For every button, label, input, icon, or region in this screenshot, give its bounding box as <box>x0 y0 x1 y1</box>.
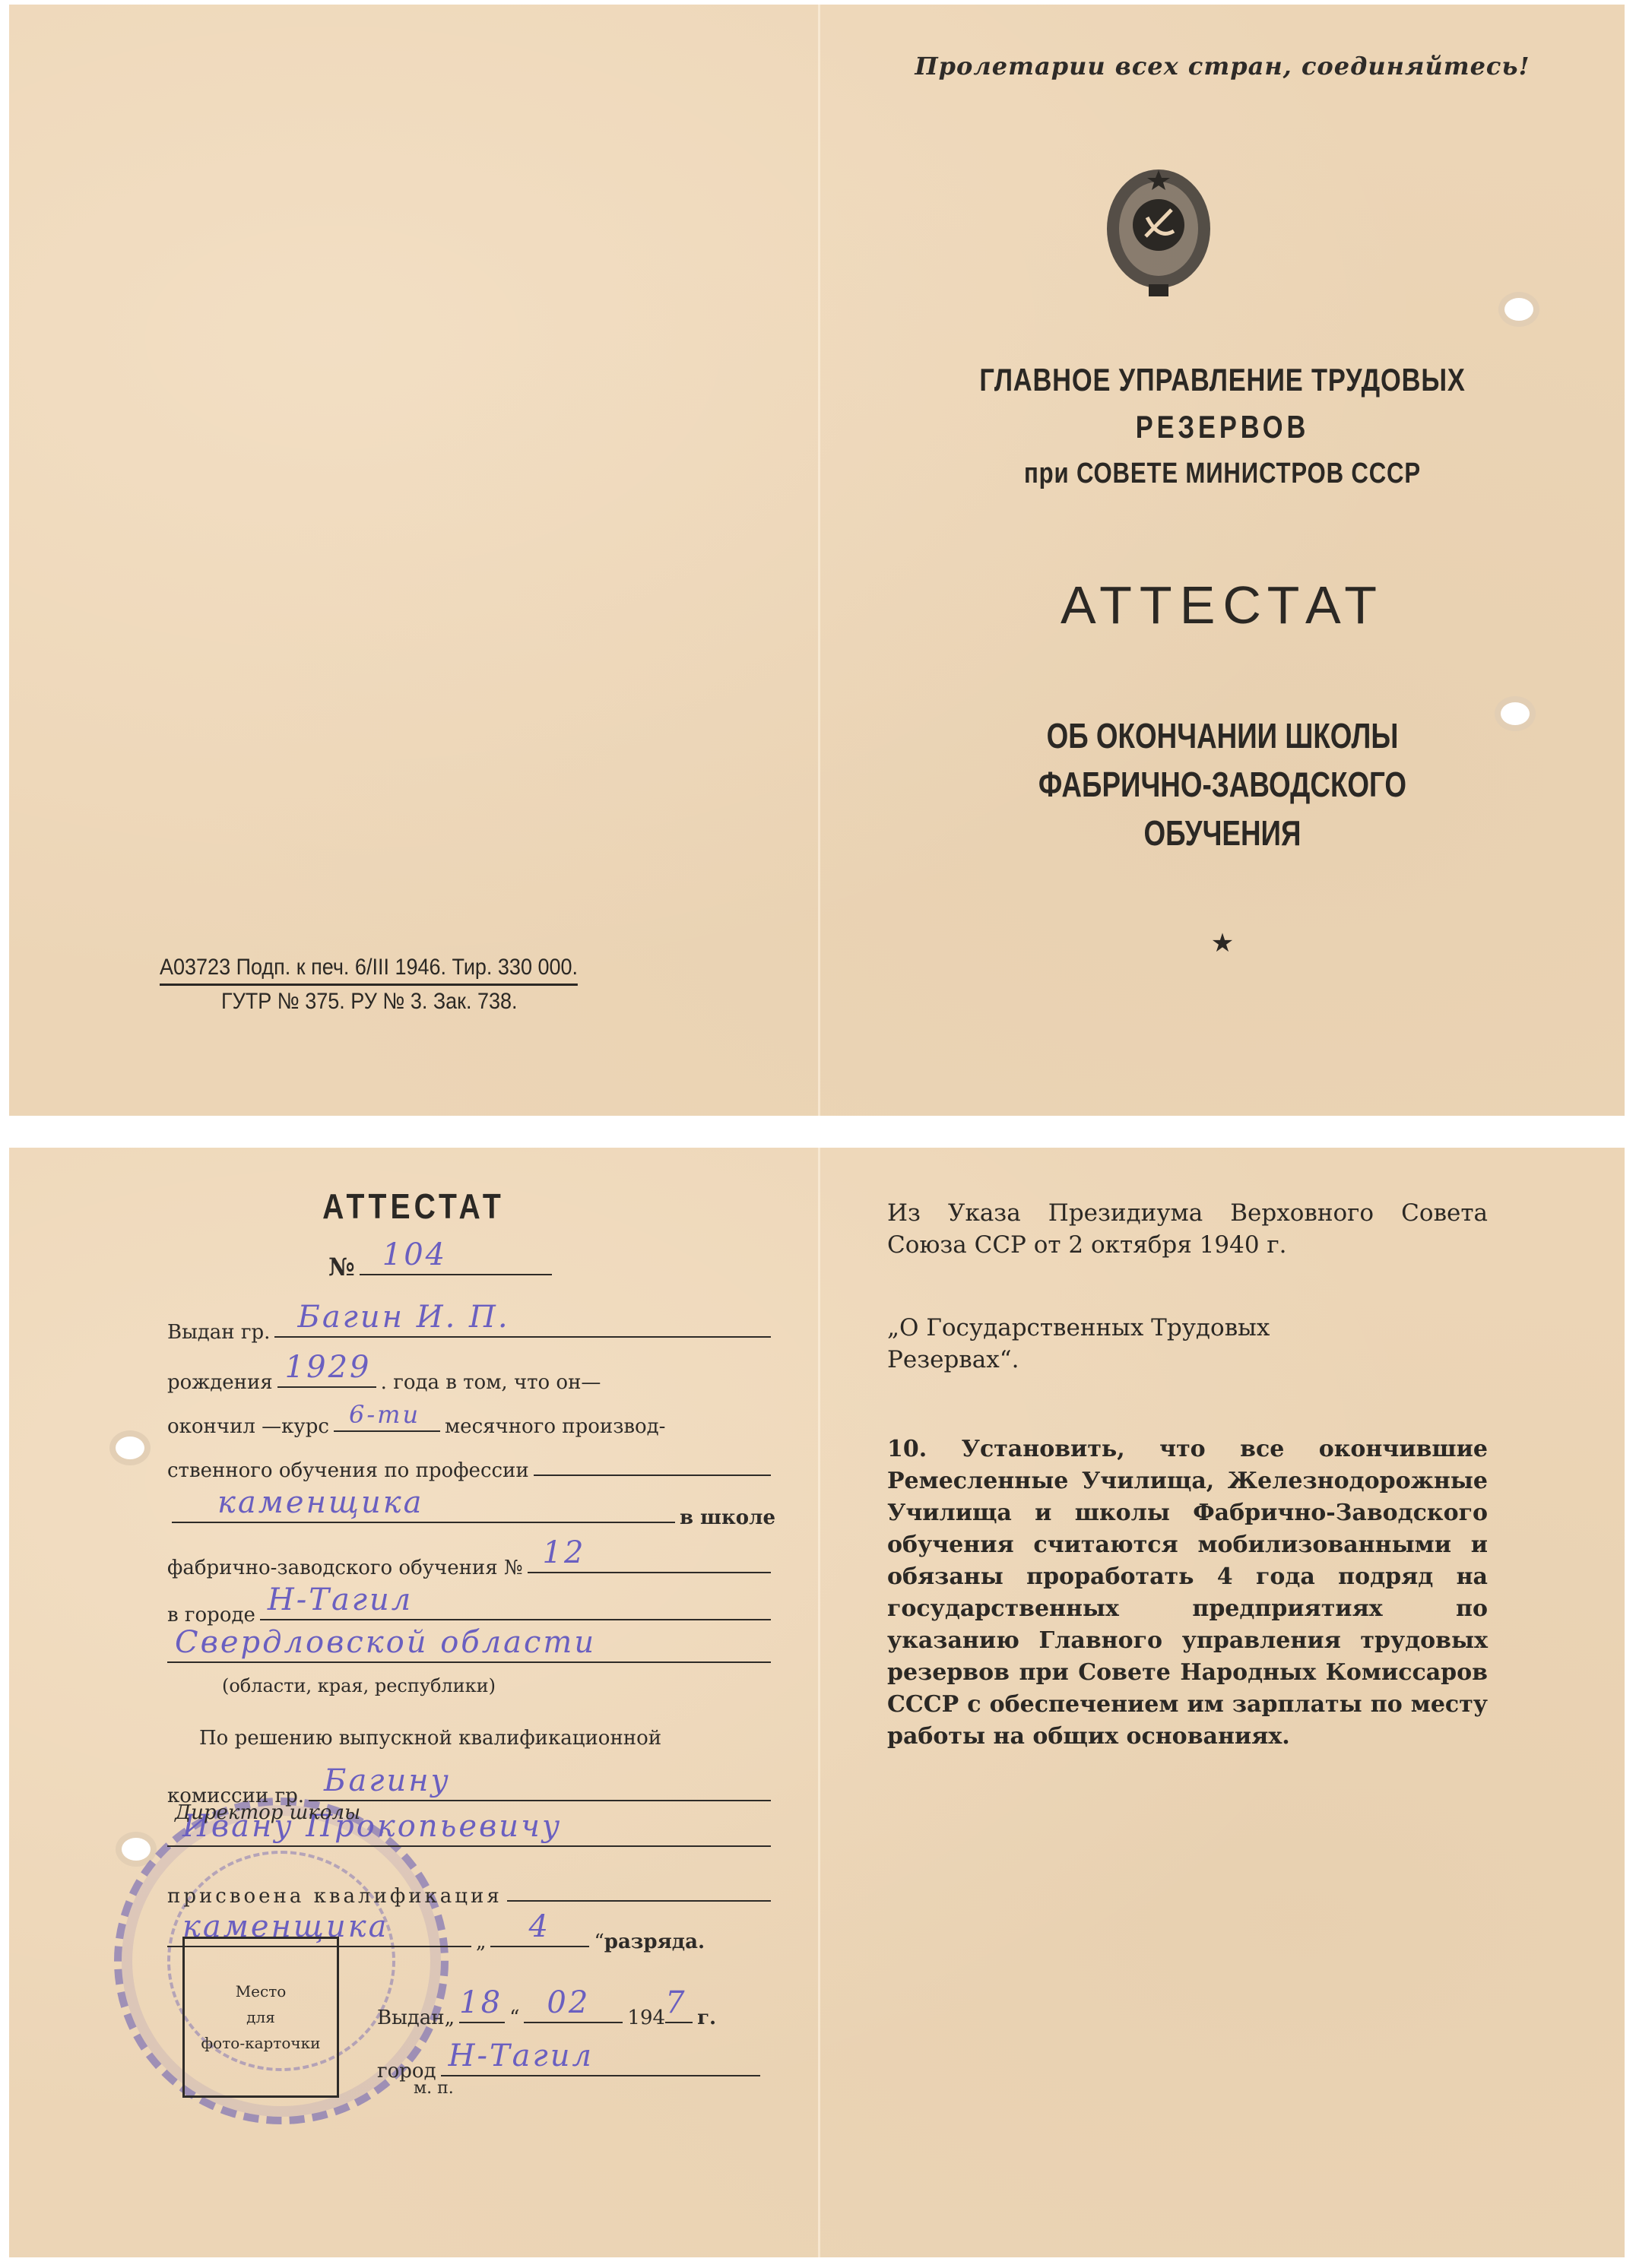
qualification-field: присвоена квалификация <box>167 1865 775 1908</box>
punch-hole <box>122 1838 151 1861</box>
birth-year-field: рождения 1929 . года в том, что он— <box>167 1351 775 1394</box>
birth-suffix: . года в том, что он— <box>381 1371 601 1394</box>
city-value: Н-Тагил <box>268 1582 413 1617</box>
issued-to-field: Выдан гр. Багин И. П. <box>167 1301 775 1344</box>
city-label: в городе <box>167 1604 255 1627</box>
grade-suffix: разряда. <box>604 1931 705 1953</box>
birth-year-value: 1929 <box>285 1350 372 1385</box>
punch-hole <box>116 1437 144 1459</box>
qualification-label: присвоена квалификация <box>167 1885 503 1908</box>
issue-month-value: 02 <box>547 1985 590 2020</box>
issue-date-field: Выдан „ 18 “ 02 194 7 г. <box>377 1987 772 2029</box>
issue-city-value: Н-Тагил <box>449 2038 594 2073</box>
year-unit: г. <box>697 2007 716 2029</box>
grade-value: 4 <box>528 1909 550 1944</box>
school-label: в школе <box>680 1506 775 1529</box>
back-cover-page: А03723 Подп. к печ. 6/III 1946. Тир. 330… <box>9 5 818 1116</box>
issued-to-label: Выдан гр. <box>167 1321 270 1344</box>
decision-text: По решению выпускной квалификационной <box>199 1707 777 1750</box>
decree-article-10: 10. Установить, что все окончившие Ремес… <box>887 1433 1488 1753</box>
certificate-form-page: АТТЕСТАТ № 104 Выдан гр. Багин И. П. рож… <box>9 1148 818 2257</box>
finished-label: окончил —курс <box>167 1415 329 1438</box>
subtitle-line-1: ОБ ОКОНЧАНИИ ШКОЛЫ <box>901 711 1544 760</box>
punch-hole <box>1504 298 1533 321</box>
ussr-emblem-icon <box>1102 164 1216 301</box>
decree-page: Из Указа Президиума Верховного Совета Со… <box>820 1148 1625 2257</box>
school-number-field: фабрично-заводского обучения № 12 <box>167 1537 775 1579</box>
commission-surname-value: Багину <box>324 1763 451 1798</box>
decree-heading: „О Государственных Трудовых Резервах“. <box>887 1312 1488 1376</box>
training-label: ственного обучения по профессии <box>167 1459 529 1482</box>
course-suffix: месячного производ- <box>445 1415 666 1438</box>
organization-line-2: РЕЗЕРВОВ <box>893 409 1552 445</box>
motto: Пролетарии всех стран, соединяйтесь! <box>820 52 1625 81</box>
number-label: № <box>328 1253 355 1281</box>
director-label: Директор школы <box>175 1801 360 1824</box>
top-spread: А03723 Подп. к печ. 6/III 1946. Тир. 330… <box>9 5 1625 1116</box>
certificate-number-field: № 104 <box>328 1239 556 1281</box>
star-icon: ★ <box>820 928 1625 958</box>
fzo-label: фабрично-заводского обучения № <box>167 1557 523 1579</box>
organization-line-3: при СОВЕТЕ МИНИСТРОВ СССР <box>893 458 1552 490</box>
photo-placeholder: Место для фото-карточки <box>182 1937 339 2098</box>
profession-field: каменщика в школе <box>167 1487 775 1529</box>
certificate-number-value: 104 <box>382 1237 447 1272</box>
region-field: Свердловской области <box>167 1627 775 1669</box>
form-title: АТТЕСТАТ <box>70 1186 757 1227</box>
cover-title: АТТЕСТАТ <box>820 575 1625 635</box>
course-duration-value: 6-ти <box>349 1400 420 1429</box>
imprint-line-1: А03723 Подп. к печ. 6/III 1946. Тир. 330… <box>160 955 578 986</box>
subtitle-line-3: ОБУЧЕНИЯ <box>901 809 1544 857</box>
course-field: окончил —курс 6-ти месячного производ- <box>167 1395 775 1438</box>
bottom-spread: АТТЕСТАТ № 104 Выдан гр. Багин И. П. рож… <box>9 1148 1625 2257</box>
region-value: Свердловской области <box>175 1625 596 1660</box>
city-field: в городе Н-Тагил <box>167 1584 775 1627</box>
issue-year-suffix: 7 <box>665 1985 686 2020</box>
organization-line-1: ГЛАВНОЕ УПРАВЛЕНИЕ ТРУДОВЫХ <box>893 362 1552 398</box>
profession-value: каменщика <box>217 1485 423 1520</box>
issue-year-prefix: 194 <box>627 2007 665 2029</box>
birth-label: рождения <box>167 1371 273 1394</box>
issue-city-field: город Н-Тагил <box>377 2040 765 2083</box>
imprint-line-2: ГУТР № 375. РУ № 3. Зак. 738. <box>160 989 707 1015</box>
issue-day-value: 18 <box>459 1985 503 2020</box>
printer-imprint: А03723 Подп. к печ. 6/III 1946. Тир. 330… <box>160 955 707 1015</box>
issued-label: Выдан <box>377 2007 445 2029</box>
region-caption: (области, края, республики) <box>161 1675 556 1696</box>
training-field: ственного обучения по профессии <box>167 1440 775 1482</box>
seal-place-label: м. п. <box>414 2079 454 2098</box>
cover-subtitle: ОБ ОКОНЧАНИИ ШКОЛЫ ФАБРИЧНО-ЗАВОДСКОГО О… <box>901 711 1544 857</box>
punch-hole <box>1501 702 1530 725</box>
decree-intro: Из Указа Президиума Верховного Совета Со… <box>887 1197 1488 1261</box>
front-cover-page: Пролетарии всех стран, соединяйтесь! ГЛА… <box>820 5 1625 1116</box>
school-number-value: 12 <box>543 1535 586 1570</box>
holder-name-value: Багин И. П. <box>297 1300 509 1335</box>
subtitle-line-2: ФАБРИЧНО-ЗАВОДСКОГО <box>901 760 1544 809</box>
